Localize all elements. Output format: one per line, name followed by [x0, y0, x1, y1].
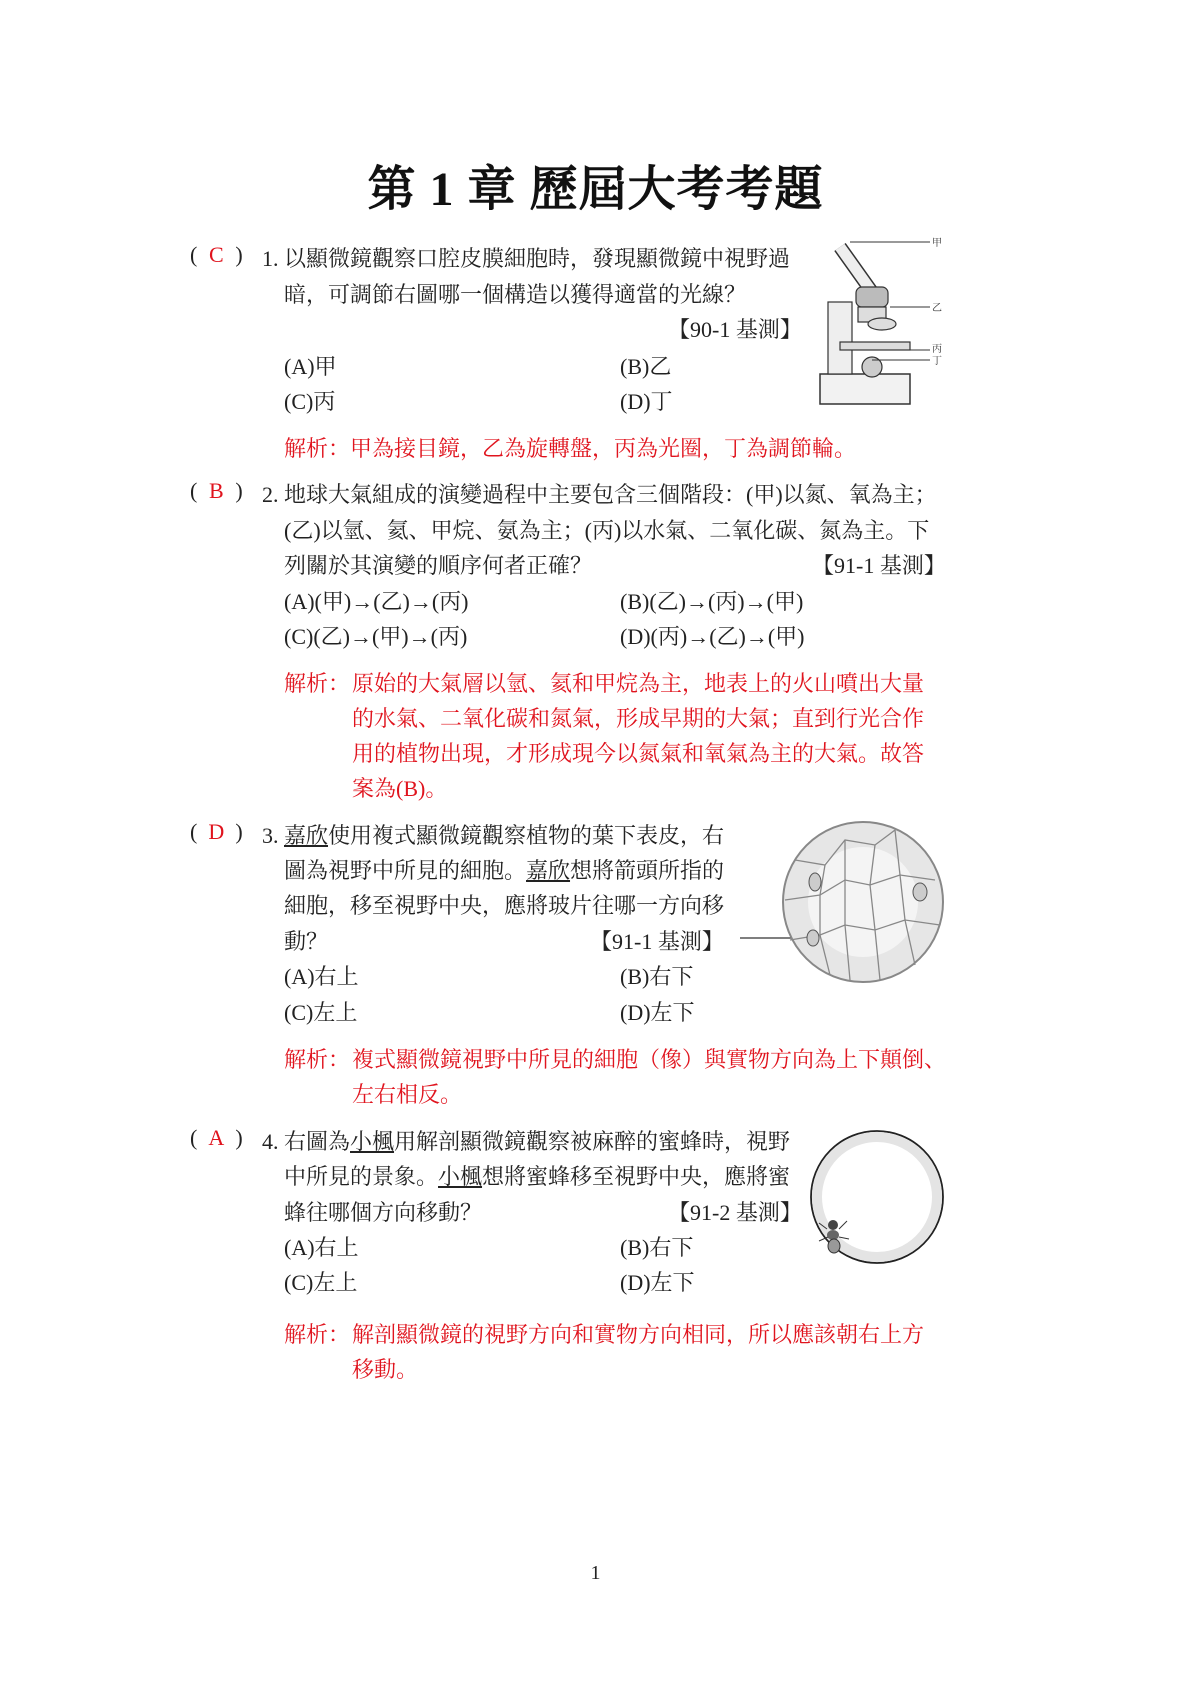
- option-a: (A)(甲)→(乙)→(丙): [284, 585, 469, 616]
- option-d: (D)(丙)→(乙)→(甲): [620, 620, 805, 651]
- person-name: 小楓: [350, 1129, 394, 1154]
- question-text: 列關於其演變的順序何者正確？: [284, 549, 592, 580]
- label-bing: 丙: [932, 343, 942, 355]
- source-tag: 【91-2 基測】: [668, 1196, 802, 1227]
- person-name: 嘉欣: [284, 823, 328, 848]
- answer-paren: (D): [190, 819, 243, 845]
- answer-letter: C: [197, 242, 235, 268]
- explanation: 解析：甲為接目鏡，乙為旋轉盤，丙為光圈，丁為調節輪。: [284, 432, 856, 463]
- option-b: (B)右下: [620, 960, 693, 991]
- option-d: (D)左下: [620, 1266, 695, 1297]
- source-tag: 【91-1 基測】: [590, 925, 724, 956]
- person-name: 嘉欣: [526, 858, 570, 883]
- explanation-line: 左右相反。: [352, 1078, 462, 1109]
- answer-paren: (C): [190, 242, 243, 268]
- option-d: (D)丁: [620, 385, 673, 416]
- option-a: (A)右上: [284, 1231, 359, 1262]
- label-yi: 乙: [932, 302, 942, 314]
- answer-letter: D: [197, 819, 235, 845]
- option-d: (D)左下: [620, 996, 695, 1027]
- option-b: (B)乙: [620, 350, 671, 381]
- question-text: 動？: [284, 925, 328, 956]
- answer-letter: B: [197, 478, 235, 504]
- option-a: (A)甲: [284, 350, 337, 381]
- question-text: 使用複式顯微鏡觀察植物的葉下表皮，右: [328, 823, 724, 848]
- option-b: (B)右下: [620, 1231, 693, 1262]
- question-number: 3.: [262, 823, 279, 848]
- question-text: 暗，可調節右圖哪一個構造以獲得適當的光線？: [284, 278, 746, 309]
- explanation-line: 原始的大氣層以氫、氦和甲烷為主，地表上的火山噴出大量: [352, 667, 924, 698]
- label-ding: 丁: [932, 355, 942, 367]
- answer-paren: (A): [190, 1125, 243, 1151]
- question-text: 地球大氣組成的演變過程中主要包含三個階段：(甲)以氮、氧為主；: [284, 482, 937, 507]
- question-number: 2.: [262, 482, 279, 507]
- explanation-line: 用的植物出現，才形成現今以氮氣和氧氣為主的大氣。故答: [352, 737, 924, 768]
- question-text: 以顯微鏡觀察口腔皮膜細胞時，發現顯微鏡中視野過: [284, 246, 790, 271]
- page-number: 1: [0, 1562, 1191, 1585]
- source-tag: 【91-1 基測】: [812, 549, 946, 580]
- page-title: 第 1 章 歷屆大考考題: [0, 150, 1191, 219]
- explanation-line: 的水氣、二氧化碳和氮氣，形成早期的大氣；直到行光合作: [352, 702, 924, 733]
- option-c: (C)左上: [284, 1266, 357, 1297]
- explanation-label: 解析：: [284, 1043, 350, 1074]
- option-c: (C)丙: [284, 385, 335, 416]
- explanation-label: 解析：: [284, 1318, 350, 1349]
- option-b: (B)(乙)→(丙)→(甲): [620, 585, 803, 616]
- question-text: 蜂往哪個方向移動？: [284, 1196, 482, 1227]
- question-number: 4.: [262, 1129, 279, 1154]
- label-jia: 甲: [932, 237, 942, 249]
- source-tag: 【90-1 基測】: [668, 313, 802, 344]
- answer-paren: (B): [190, 478, 243, 504]
- cell-field-figure: [735, 820, 950, 990]
- question-number: 1.: [262, 246, 279, 271]
- option-a: (A)右上: [284, 960, 359, 991]
- explanation-line: 解剖顯微鏡的視野方向和實物方向相同，所以應該朝右上方: [352, 1318, 924, 1349]
- option-c: (C)左上: [284, 996, 357, 1027]
- explanation-line: 移動。: [352, 1353, 418, 1384]
- explanation-label: 解析：: [284, 667, 350, 698]
- question-text: 細胞，移至視野中央，應將玻片往哪一方向移: [284, 889, 724, 920]
- person-name: 小楓: [438, 1164, 482, 1189]
- microscope-figure: 甲 乙 丙 丁: [810, 232, 950, 412]
- bee-field-figure: [805, 1125, 950, 1270]
- question-text: (乙)以氫、氦、甲烷、氨為主；(丙)以水氣、二氧化碳、氮為主。下: [284, 514, 929, 545]
- answer-letter: A: [197, 1125, 235, 1151]
- question-text: 圖為視野中所見的細胞。: [284, 858, 526, 883]
- explanation-line: 複式顯微鏡視野中所見的細胞（像）與實物方向為上下顛倒、: [352, 1043, 946, 1074]
- explanation-line: 案為(B)。: [352, 772, 447, 803]
- option-c: (C)(乙)→(甲)→(丙): [284, 620, 467, 651]
